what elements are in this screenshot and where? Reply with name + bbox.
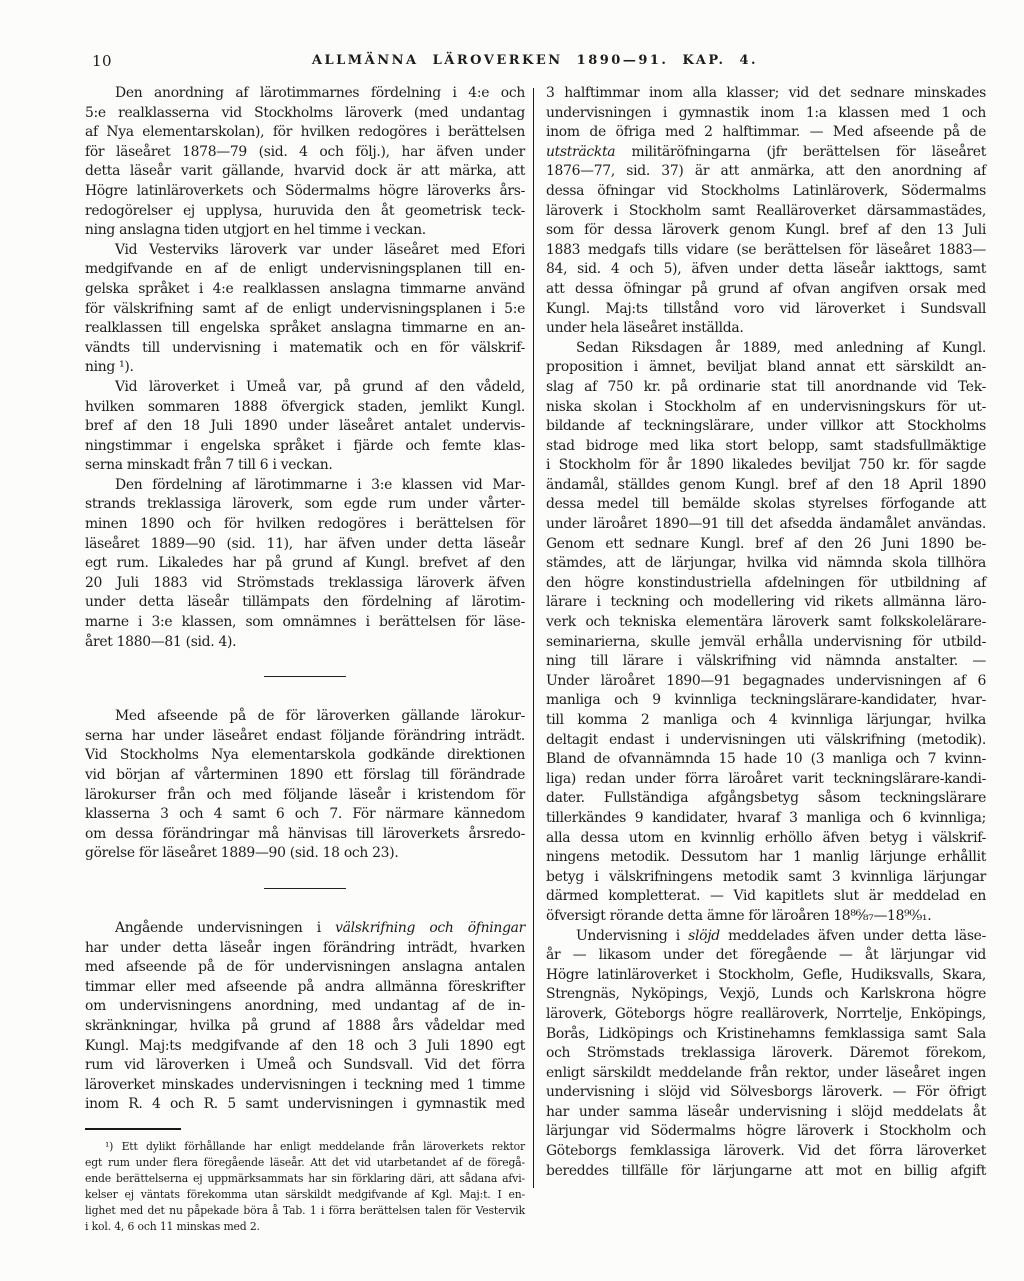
text-line: klasserna 3 och 4 samt 6 och 7. För närm…: [85, 805, 525, 825]
text-line: af Nya elementarskolan), för hvilken red…: [85, 123, 525, 143]
text-line: Den anordning af lärotimmarnes fördelnin…: [85, 84, 525, 104]
text-line: deltagit endast i undervisningen uti väl…: [546, 731, 986, 751]
text-line: för läseåret 1878—79 (sid. 4 och följ.),…: [85, 143, 525, 163]
text-line: ¹) Ett dylikt förhållande har enligt med…: [85, 1139, 525, 1155]
paragraph: Undervisning i slöjd meddelades äfven un…: [546, 927, 986, 1182]
text-line: inom R. 4 och R. 5 samt undervisningen i…: [85, 1095, 525, 1115]
text-line: lärare i teckning och modellering vid ri…: [546, 593, 986, 613]
text-line: 5:e realklasserna vid Stockholms lärover…: [85, 104, 525, 124]
text-line: lärjungar vid Södermalms högre läroverk …: [546, 1122, 986, 1142]
text-line: i kol. 4, 6 och 11 minskas med 2.: [85, 1219, 525, 1235]
text-line: bildande af teckningslärare, under villk…: [546, 417, 986, 437]
text-line: 1883 medgafs tills vidare (se berättelse…: [546, 241, 986, 261]
text-line: Kungl. Maj:ts tillstånd voro vid lärover…: [546, 300, 986, 320]
text-line: verk och tekniska elementära läroverk sa…: [546, 613, 986, 633]
text-line: läroverk i Stockholm samt Realläroverket…: [546, 202, 986, 222]
text-line: ning anslagna tiden utgjort en hel timme…: [85, 221, 525, 241]
text-line: serna har under läseåret endast följande…: [85, 727, 525, 747]
text-line: 3 halftimmar inom alla klasser; vid det …: [546, 84, 986, 104]
text-line: redogörelser ej upplysa, huruvida den åt…: [85, 202, 525, 222]
text-line: enligt särskildt meddelande från rektor,…: [546, 1064, 986, 1084]
text-line: Bland de ofvannämnda 15 hade 10 (3 manli…: [546, 750, 986, 770]
text-line: som för dessa läroverk genom Kungl. bref…: [546, 221, 986, 241]
text-line: Strengnäs, Nyköpings, Vexjö, Lunds och K…: [546, 985, 986, 1005]
text-line: gelska språket i 4:e realklassen anslagn…: [85, 280, 525, 300]
text-line: året 1880—81 (sid. 4).: [85, 633, 525, 653]
text-line: hvilken sommaren 1888 öfvergick staden, …: [85, 398, 525, 418]
running-head-title: ALLMÄNNA LÄROVERKEN 1890—91. KAP. 4.: [85, 53, 985, 68]
text-line: Vid Stockholms Nya elementarskola godkän…: [85, 746, 525, 766]
text-line: medgifvande en af de enligt undervisning…: [85, 260, 525, 280]
paragraph: Angående undervisningen i välskrifning o…: [85, 919, 525, 1115]
text-line: liga) redan under förra läroåret varit t…: [546, 770, 986, 790]
paragraph: Med afseende på de för läroverken gällan…: [85, 707, 525, 864]
text-line: manliga och 9 kvinnliga teckningslärare-…: [546, 691, 986, 711]
text-line: egt rum under flera föregående läseår. A…: [85, 1155, 525, 1171]
text-line: lärokurser från och med följande läseår …: [85, 786, 525, 806]
text-line: Den fördelning af lärotimmarne i 3:e kla…: [85, 476, 525, 496]
text-line: alla dessa utom en kvinnlig erhöllo äfve…: [546, 829, 986, 849]
left-column-body: Den anordning af lärotimmarnes fördelnin…: [85, 84, 525, 1115]
text-line: marne i 3:e klassen, som omnämnes i berä…: [85, 613, 525, 633]
paragraph: Vid läroverket i Umeå var, på grund af d…: [85, 378, 525, 476]
text-line: läseåret 1889—90 (sid. 11), har äfven un…: [85, 535, 525, 555]
text-line: utsträckta militäröfningarna (jfr berätt…: [546, 143, 986, 163]
text-line: egt rum. Likaledes har på grund af Kungl…: [85, 554, 525, 574]
paragraph: Den anordning af lärotimmarnes fördelnin…: [85, 84, 525, 241]
text-line: strands treklassiga läroverk, som egde r…: [85, 495, 525, 515]
text-line: ning ¹).: [85, 358, 525, 378]
paragraph: ¹) Ett dylikt förhållande har enligt med…: [85, 1139, 525, 1235]
text-line: om undervisningens anordning, med undant…: [85, 997, 525, 1017]
text-line: för välskrifning samt af de enligt under…: [85, 300, 525, 320]
text-line: ning till lärare i välskrifning vid nämn…: [546, 652, 986, 672]
text-line: 20 Juli 1883 vid Strömstads treklassiga …: [85, 574, 525, 594]
text-line: kelser ej väntats förekomma utan särskil…: [85, 1187, 525, 1203]
text-line: Undervisning i slöjd meddelades äfven un…: [546, 927, 986, 947]
text-line: 84, sid. 4 och 5), äfven under detta läs…: [546, 260, 986, 280]
text-line: stad bidroge med lika stort belopp, samt…: [546, 437, 986, 457]
text-line: har under samma läseår undervisning i sl…: [546, 1103, 986, 1123]
text-line: inom de öfriga med 2 halftimmar. — Med a…: [546, 123, 986, 143]
text-line: vid början af vårterminen 1890 ett försl…: [85, 766, 525, 786]
text-line: läroverk, Göteborgs högre realläroverk, …: [546, 1005, 986, 1025]
text-line: serna minskadt från 7 till 6 i veckan.: [85, 456, 525, 476]
text-line: och Strömstads treklassiga läroverk. Där…: [546, 1044, 986, 1064]
text-line: skränkningar, hvilka på grund af 1888 år…: [85, 1017, 525, 1037]
text-line: stämdes, att de lärjungar, hvilka vid nä…: [546, 554, 986, 574]
text-line: läroverket minskades undervisningen i te…: [85, 1076, 525, 1096]
text-line: tillerkändes 9 kandidater, hvaraf 3 manl…: [546, 809, 986, 829]
text-line: att dessa öfningar på grund af ofvan ang…: [546, 280, 986, 300]
text-line: därmed kompletterat. — Vid kapitlets slu…: [546, 887, 986, 907]
text-line: under läroåret 1890—91 till det afsedda …: [546, 515, 986, 535]
text-line: Vid läroverket i Umeå var, på grund af d…: [85, 378, 525, 398]
left-text-column: Den anordning af lärotimmarnes fördelnin…: [85, 84, 525, 1235]
text-line: bref af den 18 Juli 1890 under läseåret …: [85, 417, 525, 437]
text-line: ningens metodik. Dessutom har 1 manlig l…: [546, 848, 986, 868]
paragraph: Sedan Riksdagen år 1889, med anledning a…: [546, 339, 986, 927]
text-line: med afseende på de för undervisningen an…: [85, 958, 525, 978]
text-line: lighet med det nu påpekade böra å Tab. 1…: [85, 1203, 525, 1219]
text-line: Under läroåret 1890—91 begagnades underv…: [546, 672, 986, 692]
text-line: Med afseende på de för läroverken gällan…: [85, 707, 525, 727]
document-page: 10 ALLMÄNNA LÄROVERKEN 1890—91. KAP. 4. …: [0, 0, 1024, 1281]
text-line: vändts till undervisning i matematik och…: [85, 339, 525, 359]
text-line: realklassen till engelska språket anslag…: [85, 319, 525, 339]
text-line: undervisning i slöjd vid Sölvesborgs lär…: [546, 1083, 986, 1103]
text-line: öfversigt rörande detta ämne för läroåre…: [546, 907, 986, 927]
text-line: Angående undervisningen i välskrifning o…: [85, 919, 525, 939]
text-line: rum vid läroverken i Umeå och Sundsvall.…: [85, 1056, 525, 1076]
section-divider-rule: [264, 676, 346, 677]
footnote-separator-rule: [85, 1128, 181, 1130]
text-line: Kungl. Maj:ts medgifvande af den 18 och …: [85, 1037, 525, 1057]
text-line: år — likasom under det föregående — åt l…: [546, 946, 986, 966]
text-line: detta läseår varit gällande, hvarvid doc…: [85, 162, 525, 182]
text-line: Sedan Riksdagen år 1889, med anledning a…: [546, 339, 986, 359]
text-line: bereddes tillfälle för lärjungarne att m…: [546, 1162, 986, 1182]
text-line: har under detta läseår ingen förändring …: [85, 939, 525, 959]
text-line: proposition i ämnet, beviljat bland anna…: [546, 358, 986, 378]
text-line: undervisningen i gymnastik inom 1:a klas…: [546, 104, 986, 124]
text-line: dater. Fullständiga afgångsbetyg såsom t…: [546, 789, 986, 809]
text-line: niska skolan i Stockholm af en undervisn…: [546, 398, 986, 418]
text-line: under hela läseåret inställda.: [546, 319, 986, 339]
text-line: timmar eller med afseende på andra allmä…: [85, 978, 525, 998]
text-line: Högre latinläroverket i Stockholm, Gefle…: [546, 966, 986, 986]
text-line: dessa medel till bemälde skolas styrelse…: [546, 495, 986, 515]
text-line: Borås, Lidköpings och Kristinehamns femk…: [546, 1025, 986, 1045]
text-line: Göteborgs femklassiga läroverk. Vid det …: [546, 1142, 986, 1162]
footnote: ¹) Ett dylikt förhållande har enligt med…: [85, 1139, 525, 1235]
text-line: Vid Vesterviks läroverk var under läseår…: [85, 241, 525, 261]
text-line: Högre latinläroverkets och Södermalms hö…: [85, 182, 525, 202]
paragraph: Den fördelning af lärotimmarne i 3:e kla…: [85, 476, 525, 652]
paragraph: Vid Vesterviks läroverk var under läseår…: [85, 241, 525, 378]
text-line: dessa öfningar vid Stockholms Latinlärov…: [546, 182, 986, 202]
column-divider-rule: [533, 88, 534, 1188]
text-line: ende berättelserna ej uppmärksammats har…: [85, 1171, 525, 1187]
text-line: görelse för läseåret 1889—90 (sid. 18 oc…: [85, 844, 525, 864]
text-line: ändamål, ställdes genom Kungl. bref af d…: [546, 476, 986, 496]
text-line: den högre konstindustriella afdelningen …: [546, 574, 986, 594]
text-line: under detta läseår tillämpats den fördel…: [85, 593, 525, 613]
text-line: 1876—77, sid. 37) är att anmärka, att de…: [546, 162, 986, 182]
text-line: minen 1890 och för hvilken redogöres i b…: [85, 515, 525, 535]
right-text-column: 3 halftimmar inom alla klasser; vid det …: [546, 84, 986, 1181]
text-line: seminarierna, skulle jemväl erhålla unde…: [546, 633, 986, 653]
text-line: till komma 2 manliga och 4 kvinnliga lär…: [546, 711, 986, 731]
right-column-body: 3 halftimmar inom alla klasser; vid det …: [546, 84, 986, 1181]
text-line: slag af 750 kr. på ordinarie stat till a…: [546, 378, 986, 398]
text-line: Genom ett sednare Kungl. bref af den 26 …: [546, 535, 986, 555]
text-line: ningstimmar i engelska språket i fjärde …: [85, 437, 525, 457]
text-line: betyg i välskrifningens metodik samt 3 k…: [546, 868, 986, 888]
paragraph: 3 halftimmar inom alla klasser; vid det …: [546, 84, 986, 339]
text-line: i Stockholm för år 1890 likaledes bevilj…: [546, 456, 986, 476]
text-line: om dessa förändringar må hänvisas till l…: [85, 825, 525, 845]
section-divider-rule: [264, 888, 346, 889]
